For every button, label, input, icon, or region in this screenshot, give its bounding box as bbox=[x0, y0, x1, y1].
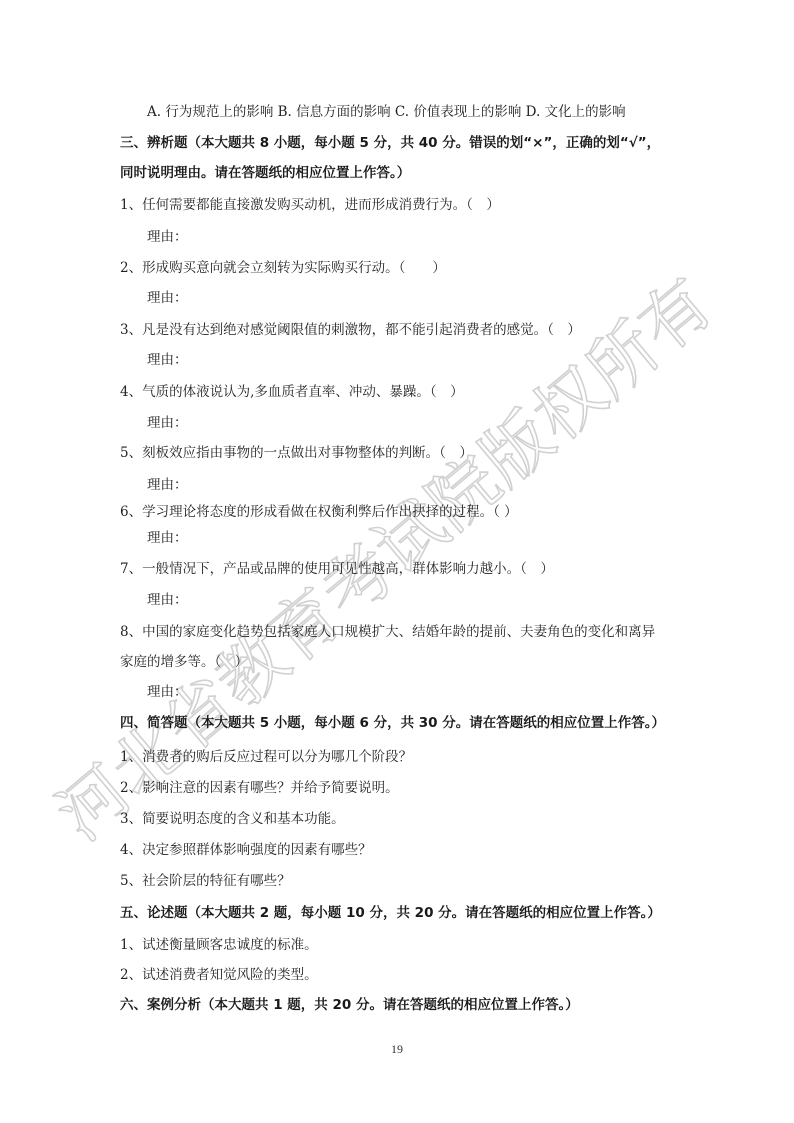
section-5-heading: 五、论述题（本大题共 2 题，每小题 10 分，共 20 分。请在答题纸的相应位… bbox=[120, 903, 661, 923]
section-4-question-3: 3、简要说明态度的含义和基本功能。 bbox=[120, 809, 345, 829]
reason-label: 理由： bbox=[147, 682, 188, 702]
page-number: 19 bbox=[0, 1042, 794, 1057]
section-4-question-2: 2、影响注意的因素有哪些？并给予简要说明。 bbox=[120, 778, 399, 798]
copyright-watermark: 河北省教育考试院版权所有 bbox=[34, 252, 731, 859]
reason-label: 理由： bbox=[147, 528, 188, 548]
section-3-question-7: 7、一般情况下，产品或品牌的使用可见性越高，群体影响力越小。（ ） bbox=[120, 559, 554, 579]
section-3-question-8-continued: 家庭的增多等。（ ） bbox=[120, 652, 248, 672]
reason-label: 理由： bbox=[147, 590, 188, 610]
section-4-heading: 四、简答题（本大题共 5 小题，每小题 6 分，共 30 分。请在答题纸的相应位… bbox=[120, 713, 665, 733]
section-3-question-2: 2、形成购买意向就会立刻转为实际购买行动。（ ） bbox=[120, 258, 446, 278]
section-3-question-6: 6、学习理论将态度的形成看做在权衡利弊后作出抉择的过程。（ ） bbox=[120, 502, 518, 522]
section-3-question-1: 1、任何需要都能直接激发购买动机，进而形成消费行为。（ ） bbox=[120, 195, 500, 215]
section-4-question-5: 5、社会阶层的特征有哪些？ bbox=[120, 871, 291, 891]
section-3-question-4: 4、气质的体液说认为,多血质者直率、冲动、暴躁。（ ） bbox=[120, 382, 464, 402]
section-4-question-4: 4、决定参照群体影响强度的因素有哪些？ bbox=[120, 840, 372, 860]
section-5-question-1: 1、试述衡量顾客忠诚度的标准。 bbox=[120, 935, 318, 955]
section-6-heading: 六、案例分析（本大题共 1 题，共 20 分。请在答题纸的相应位置上作答。） bbox=[120, 995, 579, 1015]
reason-label: 理由： bbox=[147, 413, 188, 433]
section-3-question-5: 5、刻板效应指由事物的一点做出对事物整体的判断。（ ） bbox=[120, 443, 473, 463]
reason-label: 理由： bbox=[147, 288, 188, 308]
reason-label: 理由： bbox=[147, 350, 188, 370]
section-3-question-8: 8、中国的家庭变化趋势包括家庭人口规模扩大、结婚年龄的提前、夫妻角色的变化和离异 bbox=[120, 622, 655, 642]
reason-label: 理由： bbox=[147, 475, 188, 495]
section-5-question-2: 2、试述消费者知觉风险的类型。 bbox=[120, 965, 318, 985]
section-4-question-1: 1、消费者的购后反应过程可以分为哪几个阶段？ bbox=[120, 747, 412, 767]
section-3-heading-continued: 同时说明理由。请在答题纸的相应位置上作答。） bbox=[120, 163, 410, 183]
section-3-question-3: 3、凡是没有达到绝对感觉阈限值的刺激物，都不能引起消费者的感觉。（ ） bbox=[120, 320, 581, 340]
section-3-heading: 三、辨析题（本大题共 8 小题，每小题 5 分，共 40 分。错误的划“×”，正… bbox=[120, 133, 660, 153]
reason-label: 理由： bbox=[147, 227, 188, 247]
previous-question-options: A. 行为规范上的影响 B. 信息方面的影响 C. 价值表现上的影响 D. 文化… bbox=[147, 102, 626, 122]
document-page: 河北省教育考试院版权所有 A. 行为规范上的影响 B. 信息方面的影响 C. 价… bbox=[0, 0, 794, 1123]
